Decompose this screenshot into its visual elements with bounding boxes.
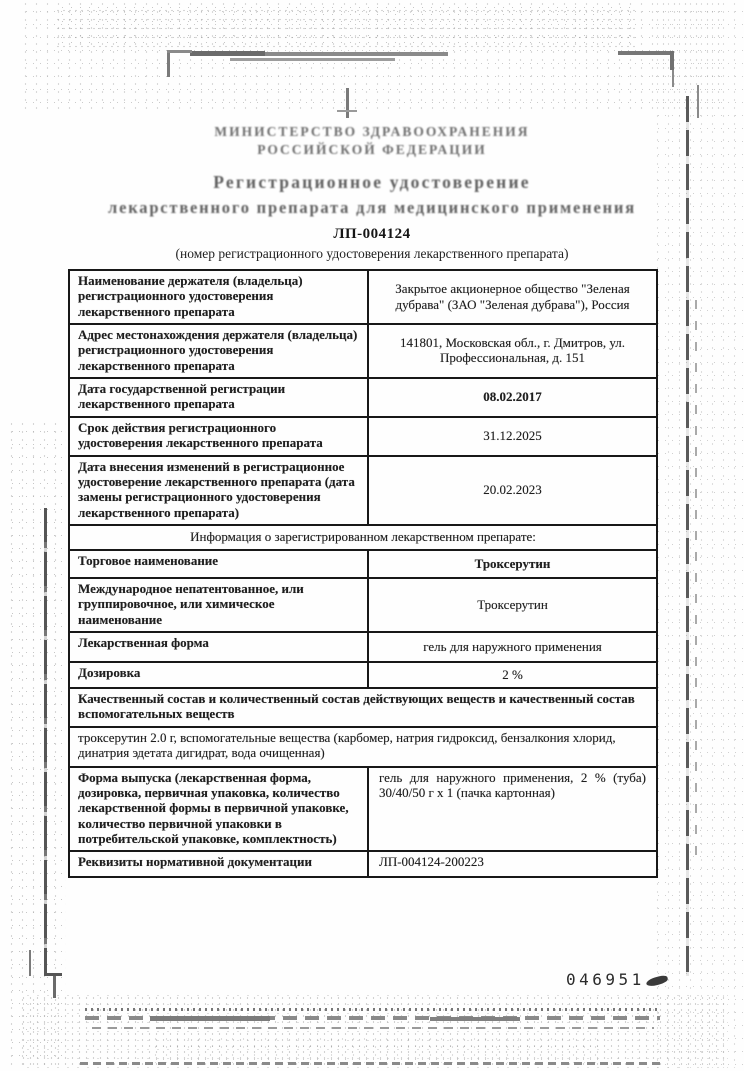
row-value: 20.02.2023 xyxy=(369,457,656,524)
row-value: гель для наружного применения, 2 % (туба… xyxy=(369,768,656,851)
scan-mark-left-hook-h xyxy=(167,50,192,53)
scan-smudge-top-left xyxy=(190,52,448,56)
scan-dashes-bottom-2-dark-a xyxy=(150,1016,270,1021)
title-line2: лекарственного препарата для медицинског… xyxy=(0,198,744,218)
scan-dashes-bottom-1 xyxy=(85,1008,660,1011)
composition-text: троксерутин 2.0 г, вспомогательные вещес… xyxy=(70,728,656,766)
row-label: Дата внесения изменений в регистрационно… xyxy=(70,457,369,524)
row-label: Адрес местонахождения держателя (владель… xyxy=(70,325,369,377)
scan-mark-center-tick xyxy=(337,110,357,112)
scan-dashes-bottom-3 xyxy=(92,1027,654,1029)
row-label: Международное непатентованное, или групп… xyxy=(70,579,369,631)
table-row: Срок действия регистрационного удостовер… xyxy=(70,418,656,457)
scan-noise-left-margin xyxy=(6,420,66,1065)
row-label: Срок действия регистрационного удостовер… xyxy=(70,418,369,455)
title-line1: Регистрационное удостоверение xyxy=(0,172,744,193)
row-value: 141801, Московская обл., г. Дмитров, ул.… xyxy=(369,325,656,377)
row-label: Реквизиты нормативной документации xyxy=(70,852,369,876)
scan-mark-bottom-left-vline xyxy=(29,950,31,976)
scan-line-left-tail xyxy=(53,976,56,998)
scan-smudge-top-left-dark xyxy=(190,51,265,56)
section-header-text: Информация о зарегистрированном лекарств… xyxy=(70,526,656,549)
scanned-certificate-page: МИНИСТЕРСТВО ЗДРАВООХРАНЕНИЯ РОССИЙСКОЙ … xyxy=(0,0,744,1071)
row-value: 2 % xyxy=(369,663,656,687)
table-row: Лекарственная форма гель для наружного п… xyxy=(70,633,656,663)
table-row: Торговое наименование Троксерутин xyxy=(70,551,656,579)
scan-mark-left-hook-v xyxy=(167,50,170,77)
row-value: 08.02.2017 xyxy=(369,379,656,416)
scan-mark-right-corner xyxy=(670,51,674,70)
row-label: Дата государственной регистрации лекарст… xyxy=(70,379,369,416)
scan-smudge-top-left-thin xyxy=(230,58,395,61)
scan-noise-bottom-inner xyxy=(150,1035,600,1063)
ministry-name: МИНИСТЕРСТВО ЗДРАВООХРАНЕНИЯ РОССИЙСКОЙ … xyxy=(0,123,744,158)
scan-mark-right-upper-vline xyxy=(697,85,699,118)
table-row: Наименование держателя (владельца) регис… xyxy=(70,271,656,325)
row-label: Дозировка xyxy=(70,663,369,687)
row-label: Форма выпуска (лекарственная форма, дози… xyxy=(70,768,369,851)
composition-header-text: Качественный состав и количественный сос… xyxy=(70,689,656,726)
row-value: Закрытое акционерное общество "Зеленая д… xyxy=(369,271,656,323)
row-label: Торговое наименование xyxy=(70,551,369,577)
scan-noise-top xyxy=(20,0,720,112)
document-header: МИНИСТЕРСТВО ЗДРАВООХРАНЕНИЯ РОССИЙСКОЙ … xyxy=(0,123,744,262)
document-title: Регистрационное удостоверение лекарствен… xyxy=(0,172,744,218)
ministry-line1: МИНИСТЕРСТВО ЗДРАВООХРАНЕНИЯ xyxy=(0,123,744,141)
scan-line-left-hook xyxy=(44,973,62,976)
table-full-row: Качественный состав и количественный сос… xyxy=(70,689,656,728)
serial-stamp: 046951 xyxy=(566,970,645,989)
scan-noise-top-dots xyxy=(55,6,635,48)
row-value: гель для наружного применения xyxy=(369,633,656,661)
table-row: Форма выпуска (лекарственная форма, дози… xyxy=(70,768,656,853)
row-label: Лекарственная форма xyxy=(70,633,369,661)
table-row: Дата внесения изменений в регистрационно… xyxy=(70,457,656,526)
row-label: Наименование держателя (владельца) регис… xyxy=(70,271,369,323)
scan-line-left xyxy=(44,508,47,976)
certificate-table: Наименование держателя (владельца) регис… xyxy=(68,269,658,878)
table-row: Реквизиты нормативной документации ЛП-00… xyxy=(70,852,656,876)
scan-mark-right-dash xyxy=(618,51,673,55)
registration-number: ЛП-004124 xyxy=(0,226,744,243)
ministry-line2: РОССИЙСКОЙ ФЕДЕРАЦИИ xyxy=(0,141,744,159)
scan-line-right-faint xyxy=(695,300,697,860)
scan-mark-right-drop xyxy=(672,70,674,87)
table-row: Адрес местонахождения держателя (владель… xyxy=(70,325,656,379)
row-value: Троксерутин xyxy=(369,579,656,631)
table-full-row: троксерутин 2.0 г, вспомогательные вещес… xyxy=(70,728,656,768)
scan-noise-bottom xyxy=(20,995,728,1069)
table-section-header-row: Информация о зарегистрированном лекарств… xyxy=(70,526,656,551)
table-row: Дата государственной регистрации лекарст… xyxy=(70,379,656,418)
row-value: ЛП-004124-200223 xyxy=(369,852,656,876)
table-row: Дозировка 2 % xyxy=(70,663,656,689)
table-row: Международное непатентованное, или групп… xyxy=(70,579,656,633)
row-value: 31.12.2025 xyxy=(369,418,656,455)
row-value: Троксерутин xyxy=(369,551,656,577)
scan-blob-bottom-right xyxy=(645,974,668,987)
scan-dashes-bottom-2 xyxy=(85,1016,660,1020)
scan-dashes-bottom-2-dark-b xyxy=(430,1017,520,1021)
registration-number-caption: (номер регистрационного удостоверения ле… xyxy=(0,246,744,262)
scan-dashes-bottom-4 xyxy=(80,1062,665,1065)
scan-mark-center-vline xyxy=(346,88,349,118)
